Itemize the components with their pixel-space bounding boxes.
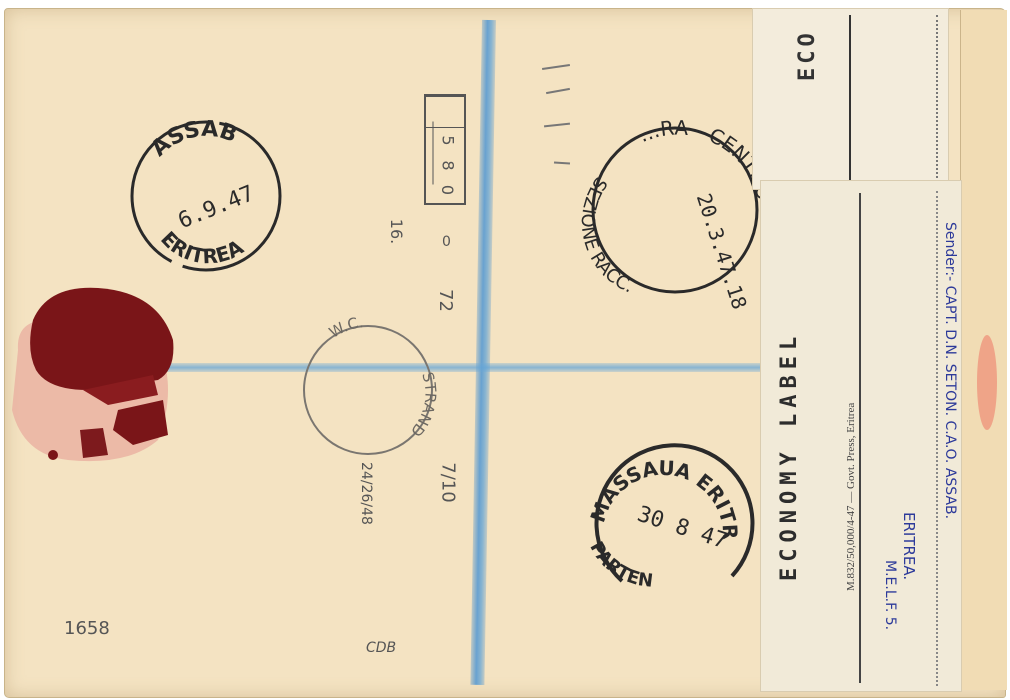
pencil-note-16: 16. [387, 219, 406, 244]
svg-text:PARTEN: PARTEN [585, 538, 654, 592]
svg-text:ASSAB: ASSAB [147, 117, 241, 162]
economy-label-title: ECONOMY LABEL [777, 331, 802, 581]
sender-line-3: M.E.L.F. 5. [882, 560, 898, 630]
economy-label: ECONOMY LABEL M.832/50,000/4-47 — Govt. … [760, 180, 962, 692]
label-perforation [936, 15, 938, 190]
postmark-massaua: MASSAUA ERITREA PARTEN 30 8 47 [582, 446, 747, 600]
postmark-assab: ASSAB ERITREA 6.9.47 [128, 118, 284, 278]
label-perforation [936, 191, 938, 686]
svg-text:20.3.47.18: 20.3.47.18 [692, 190, 752, 312]
pencil-dashes [538, 62, 572, 172]
svg-text:6.9.47: 6.9.47 [175, 181, 258, 234]
economy-label-imprint: M.832/50,000/4-47 — Govt. Press, Eritrea [845, 403, 857, 591]
label-rule [849, 15, 851, 180]
envelope-flap-edge [960, 10, 1007, 690]
economy-label-fragment-text: ECO [795, 29, 820, 81]
pencil-box-numbers: 5 8 0 [424, 94, 466, 205]
catalog-number: 1658 [64, 618, 110, 639]
postmark-asmara-centro: …RA - CENTRO - SEZIONE RACC. 20.3.47.18 [590, 120, 760, 304]
svg-text:STRAND: STRAND [407, 370, 440, 440]
sender-line-2: ERITREA. [900, 512, 918, 580]
economy-label-top-fragment: ECO [752, 8, 949, 190]
pencil-note-72: 72 [435, 289, 456, 312]
pencil-note-0: 0 [442, 234, 451, 250]
pencil-note-fraction: 24/26/48 [358, 462, 374, 542]
initials: CDB [366, 640, 396, 656]
registration-crayon-horizontal [160, 363, 760, 372]
label-rule [859, 193, 861, 683]
pencil-note-fraction-710: 7/10 [438, 462, 459, 502]
sender-line-1: Sender:- CAPT. D.N. SETON. C.A.O. ASSAB. [942, 222, 958, 519]
postmark-strand: W.C. STRAND [300, 322, 440, 466]
wax-seal [8, 280, 174, 466]
